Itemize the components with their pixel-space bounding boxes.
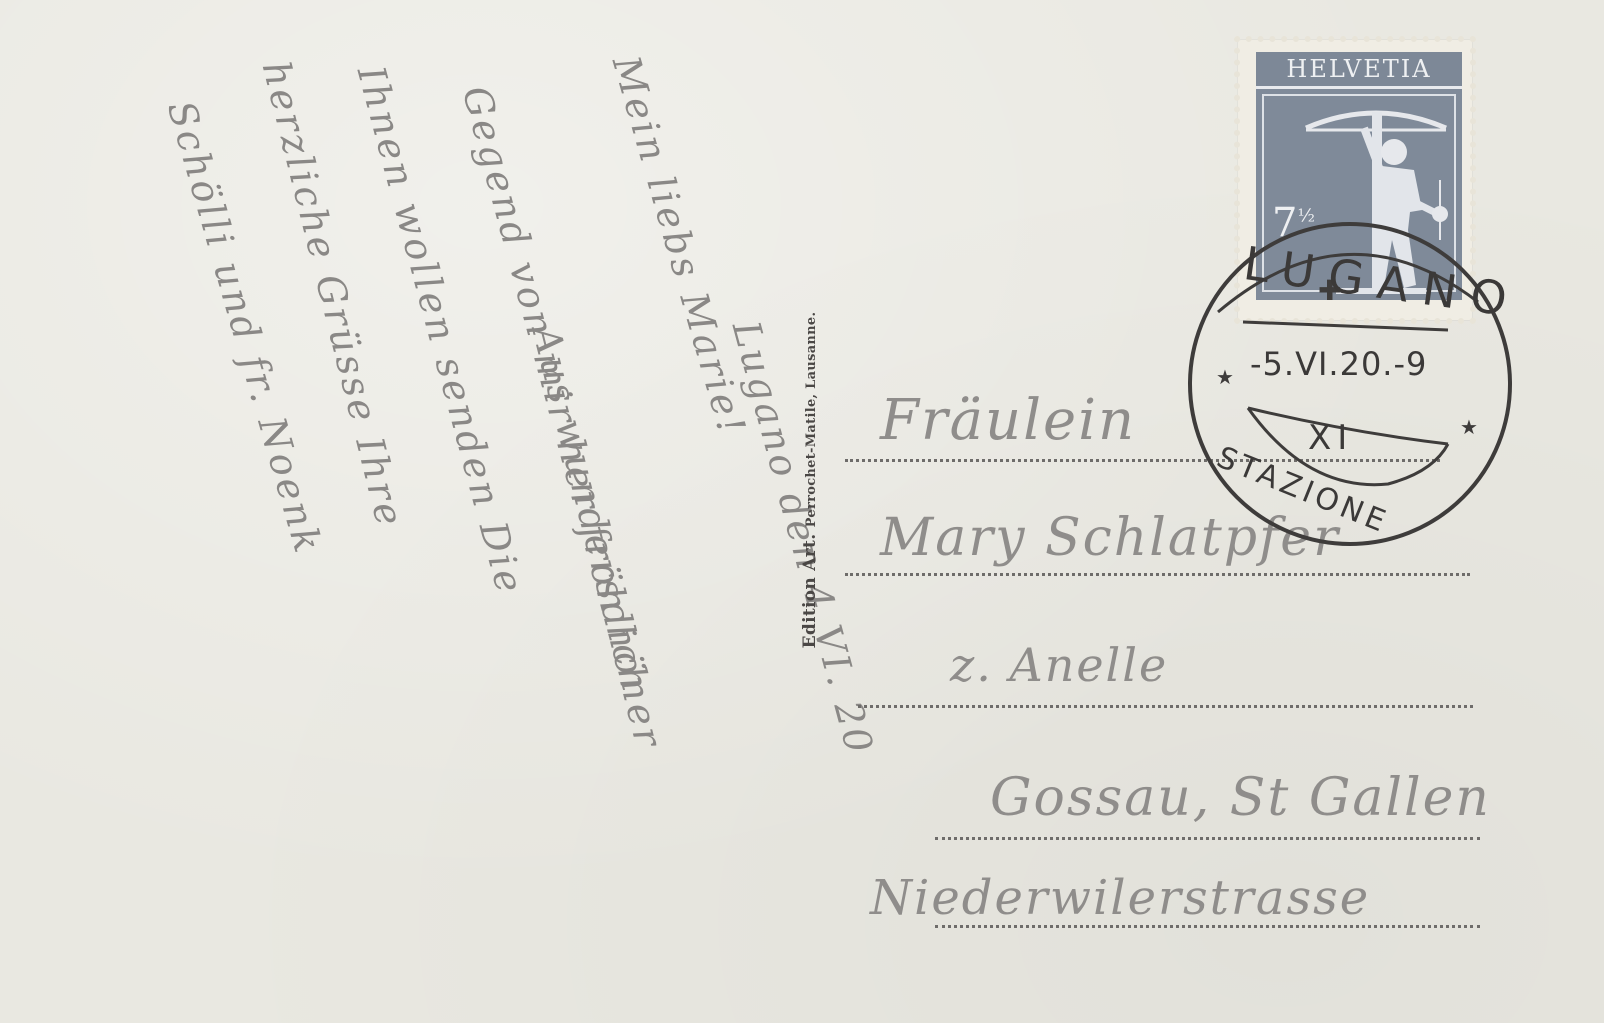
address-line-rule <box>858 705 1473 708</box>
address-line: Gossau, St Gallen <box>990 768 1491 828</box>
address-line-rule <box>845 573 1470 576</box>
address-line: Niederwilerstrasse <box>870 870 1370 926</box>
svg-text:★: ★ <box>1460 415 1478 439</box>
postmark-date: -5.VI.20.-9 <box>1250 345 1427 383</box>
address-line: z. Anelle <box>950 638 1168 692</box>
stamp-country: HELVETIA <box>1256 52 1462 89</box>
svg-text:★: ★ <box>1216 365 1234 389</box>
postcard-back: Lugano den 4 VI. 20 Mein liebs Marie! Au… <box>0 0 1604 1023</box>
postmark-code: XI <box>1308 418 1353 458</box>
message-line: Gegend von mir her fröhlich <box>454 81 659 699</box>
message-line: Mein liebs Marie! <box>604 51 755 441</box>
address-line-rule <box>935 837 1480 840</box>
publisher-imprint: Edition Art. Perrochet-Matile, Lausanne. <box>800 312 820 649</box>
address-line: Fräulein <box>880 388 1136 453</box>
imprint-prefix: Edition Art. <box>800 534 820 649</box>
imprint-publisher: Perrochet-Matile, Lausanne. <box>804 312 819 528</box>
